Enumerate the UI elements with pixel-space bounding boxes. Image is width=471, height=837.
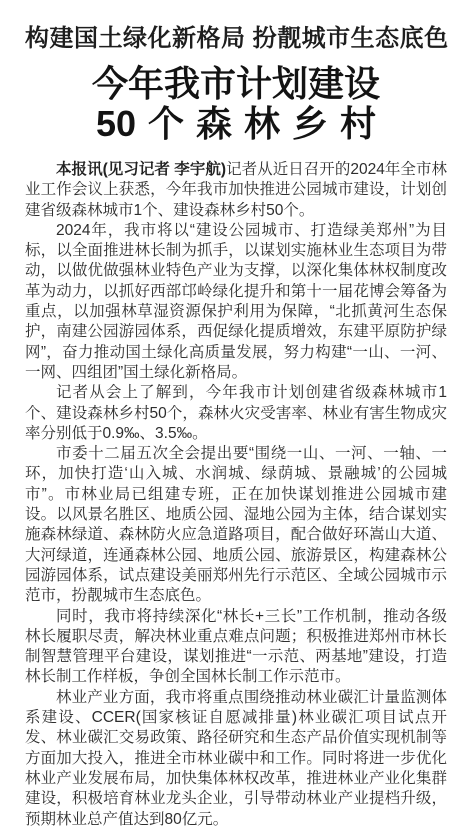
headline-line-1: 今年我市计划建设 [25, 64, 447, 104]
newspaper-article-page: 构建国土绿化新格局 扮靓城市生态底色 今年我市计划建设 50 个 森 林 乡 村… [0, 0, 471, 837]
article: 构建国土绿化新格局 扮靓城市生态底色 今年我市计划建设 50 个 森 林 乡 村… [25, 25, 447, 830]
paragraph: 记者从会上了解到，今年我市计划创建省级森林城市1个、建设森林乡村50个，森林火灾… [25, 383, 447, 444]
lead-byline: (见习记者 李宇航) [103, 161, 226, 178]
paragraph: 市委十二届五次全会提出要“围绕一山、一河、一轴、一环，加快打造‘山入城、水润城、… [25, 444, 447, 606]
lead-label: 本报讯 [56, 161, 103, 178]
article-body: 本报讯(见习记者 李宇航)记者从近日召开的2024年全市林业工作会议上获悉，今年… [25, 160, 447, 830]
article-headline: 今年我市计划建设 50 个 森 林 乡 村 [25, 64, 447, 144]
paragraph: 同时，我市将持续深化“林长+三长”工作机制，推动各级林长履职尽责，解决林业重点难… [25, 607, 447, 688]
paragraph: 林业产业方面，我市将重点围绕推动林业碳汇计量监测体系建设、CCER(国家核证自愿… [25, 688, 447, 830]
headline-line-2: 50 个 森 林 乡 村 [25, 104, 447, 144]
lead-paragraph: 本报讯(见习记者 李宇航)记者从近日召开的2024年全市林业工作会议上获悉，今年… [25, 160, 447, 221]
paragraph: 2024年，我市将以“建设公园城市、打造绿美郑州”为目标，以全面推进林长制为抓手… [25, 221, 447, 383]
article-kicker: 构建国土绿化新格局 扮靓城市生态底色 [25, 25, 447, 53]
